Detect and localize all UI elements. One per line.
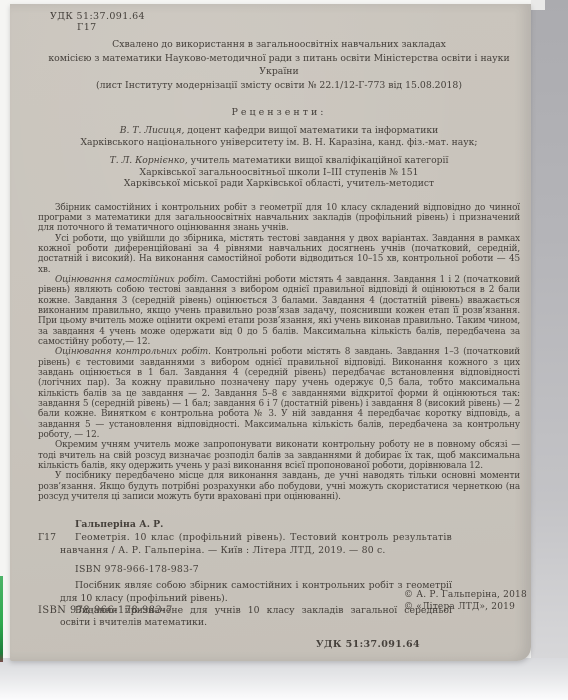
- reviewer-role: учитель математики вищої кваліфікаційної…: [188, 155, 449, 166]
- footer-isbn: ISBN 978-966-178-983-7: [38, 605, 173, 616]
- book-imprint-page: УДК 51:37.091.64 Г17 Схвалено до викорис…: [10, 4, 531, 661]
- paragraph-text: У посібнику передбачено місце для викона…: [38, 471, 520, 502]
- approval-line: (лист Інституту модернізації змісту осві…: [38, 79, 520, 93]
- reviewer-entry: В. Т. Лисиця, доцент кафедри вищої матем…: [38, 125, 520, 148]
- paragraph-text: Контрольні роботи містять 8 завдань. Зав…: [38, 347, 520, 440]
- scan-bottom-band: [0, 658, 568, 700]
- copyright-block: © А. Р. Гальперіна, 2018 © «Літера ЛТД»,…: [404, 589, 527, 613]
- scan-edge-artifact: [0, 576, 3, 662]
- paragraph: Окремим учням учитель може запропонувати…: [38, 440, 520, 471]
- annotation-body: Збірник самостійних і контрольних робіт …: [38, 203, 520, 503]
- paragraph-text: Збірник самостійних і контрольних робіт …: [38, 203, 520, 234]
- paragraph-lead: Оцінювання контрольних робіт.: [55, 347, 211, 357]
- copyright-author: © А. Р. Гальперіна, 2018: [404, 589, 527, 601]
- catalog-entry: Геометрія. 10 клас (профільний рівень). …: [60, 532, 452, 557]
- approval-statement: Схвалено до використання в загальноосвіт…: [38, 38, 520, 92]
- paragraph-text: Усі роботи, що увійшли до збірника, міст…: [38, 234, 520, 275]
- paragraph-text: Самостійні роботи містять 4 завдання. За…: [38, 275, 520, 347]
- catalog-card: Гальперіна А. Р. Г17 Геометрія. 10 клас …: [38, 519, 520, 649]
- approval-line: Схвалено до використання в загальноосвіт…: [38, 38, 520, 52]
- catalog-author: Гальперіна А. Р.: [75, 519, 520, 531]
- catalog-isbn: ISBN 978-966-178-983-7: [75, 564, 520, 575]
- reviewer-entry: Т. Л. Корнієнко, учитель математики вищо…: [38, 155, 520, 190]
- reviewer-role: доцент кафедри вищої математики та інфор…: [184, 125, 438, 136]
- reviewer-affiliation: Харківської міської ради Харківської обл…: [38, 178, 520, 190]
- approval-line: комісією з математики Науково-методичної…: [38, 52, 520, 79]
- paragraph-lead: Оцінювання самостійних робіт.: [55, 275, 208, 285]
- reviewer-name-line: В. Т. Лисиця, доцент кафедри вищої матем…: [38, 125, 520, 137]
- reviewer-name-line: Т. Л. Корнієнко, учитель математики вищо…: [38, 155, 520, 167]
- reviewer-name: Т. Л. Корнієнко,: [110, 155, 188, 166]
- paragraph: Оцінювання самостійних робіт. Самостійні…: [38, 275, 520, 347]
- copyright-publisher: © «Літера ЛТД», 2019: [404, 601, 527, 613]
- reviewer-affiliation: Харківської загальноосвітньої школи І–ІІ…: [38, 167, 520, 179]
- reviewers-heading: Рецензенти:: [38, 107, 520, 118]
- udk-number: УДК 51:37.091.64: [50, 11, 520, 22]
- scan-canvas: УДК 51:37.091.64 Г17 Схвалено до викорис…: [0, 0, 568, 700]
- paragraph: Оцінювання контрольних робіт. Контрольні…: [38, 347, 520, 440]
- paragraph: Збірник самостійних і контрольних робіт …: [38, 203, 520, 234]
- catalog-code: Г17: [38, 532, 56, 543]
- reviewer-name: В. Т. Лисиця,: [120, 125, 185, 136]
- udk-classification: УДК 51:37.091.64 Г17: [50, 11, 520, 33]
- catalog-annotation: Посібник являє собою збірник самостійних…: [60, 580, 452, 605]
- paragraph: У посібнику передбачено місце для викона…: [38, 471, 520, 502]
- author-sign-code: Г17: [77, 22, 520, 33]
- reviewer-affiliation: Харківського національного університету …: [38, 137, 520, 149]
- udk-bottom: УДК 51:37.091.64: [38, 639, 420, 650]
- paragraph: Усі роботи, що увійшли до збірника, міст…: [38, 234, 520, 275]
- paragraph-text: Окремим учням учитель може запропонувати…: [38, 440, 520, 471]
- scan-right-shadow: [531, 0, 568, 664]
